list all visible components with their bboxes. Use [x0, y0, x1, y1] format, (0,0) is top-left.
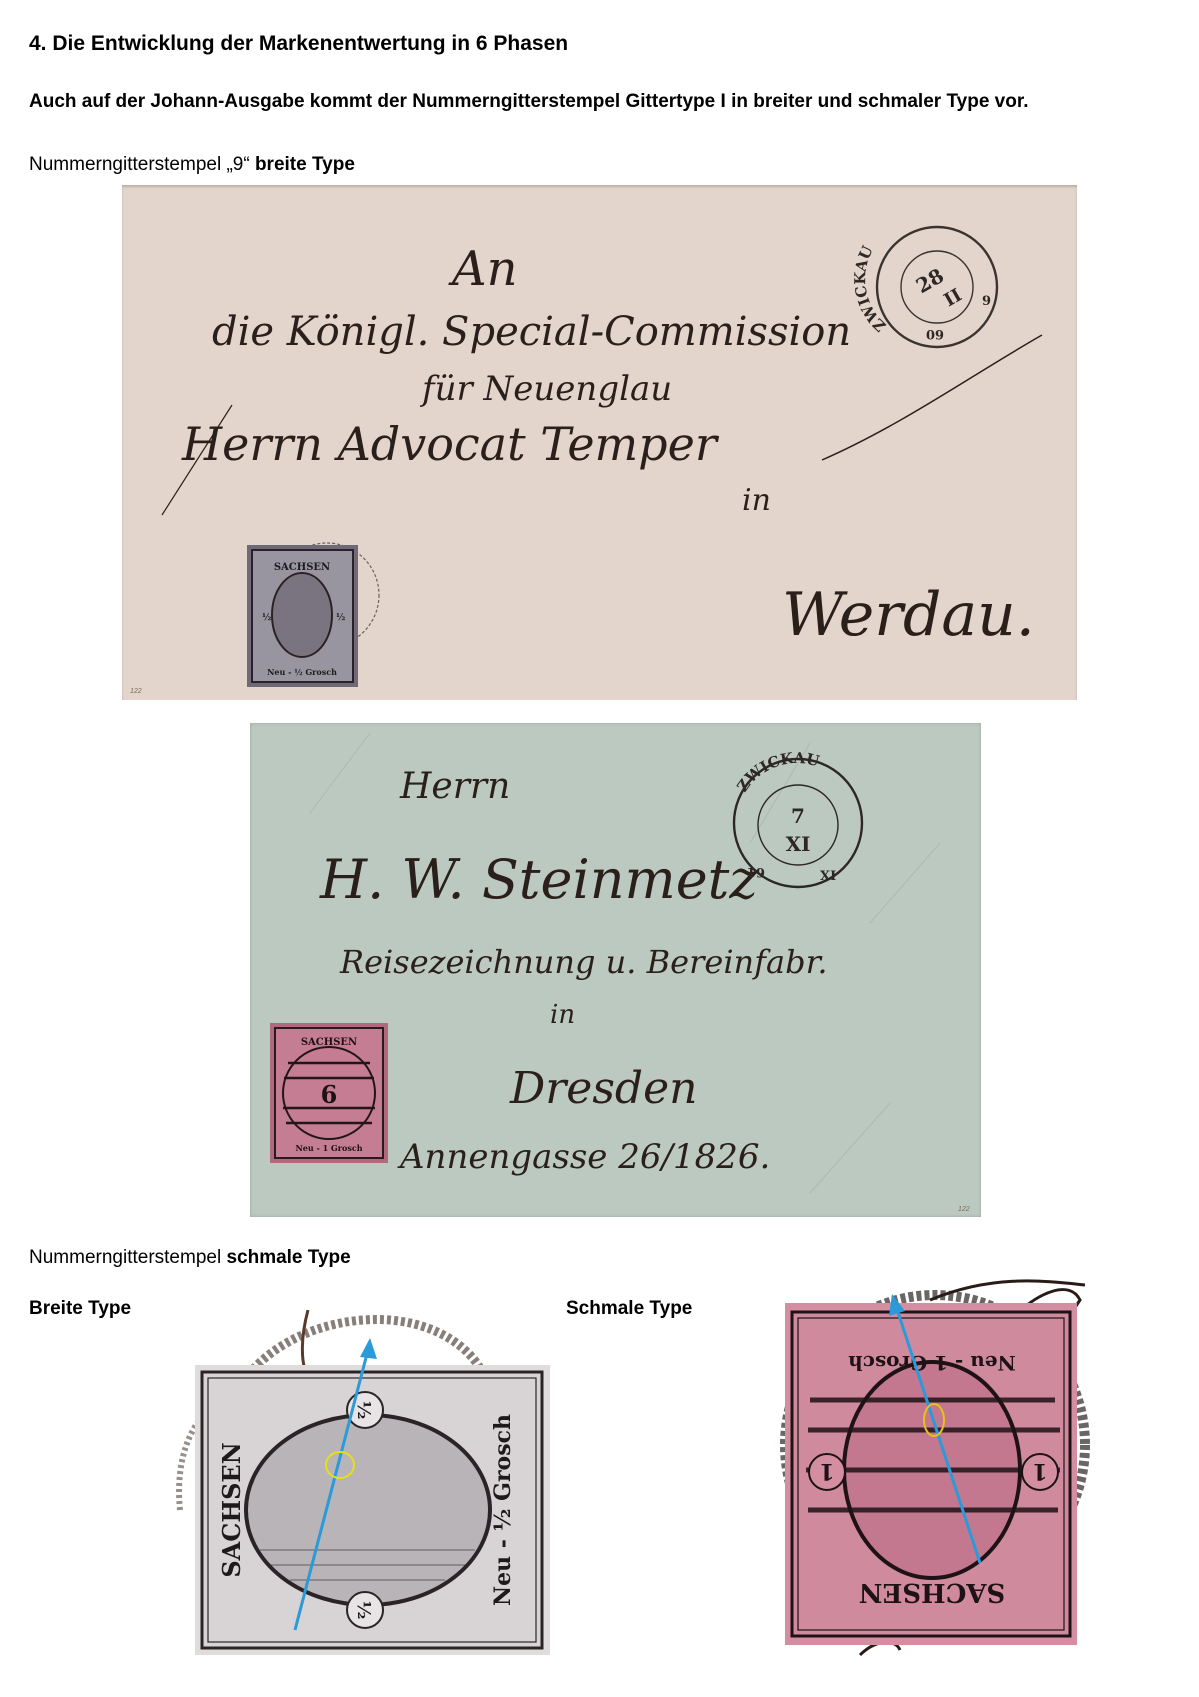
- postmark-zwickau-1: ZWICKAU 28 II 60 9: [851, 220, 997, 347]
- svg-text:ZWICKAU: ZWICKAU: [733, 749, 821, 795]
- svg-text:Neu - ½ Grosch: Neu - ½ Grosch: [490, 1414, 516, 1606]
- address-line: An: [448, 241, 518, 297]
- label-wide-type: Breite Type: [29, 1298, 131, 1320]
- address-line: Werdau.: [782, 580, 1035, 650]
- cover-1-image: An die Königl. Special-Commission für Ne…: [122, 185, 1077, 700]
- lead-paragraph: Auch auf der Johann-Ausgabe kommt der Nu…: [29, 90, 1179, 113]
- svg-text:II: II: [941, 285, 966, 312]
- svg-text:61: 61: [747, 864, 765, 879]
- caption-narrow-type: Nummerngitterstempel schmale Type: [29, 1247, 351, 1269]
- svg-text:1: 1: [1032, 1458, 1047, 1484]
- stamp-one-groschen: SACHSEN 6 Neu - 1 Grosch: [270, 1023, 388, 1163]
- svg-text:XI: XI: [820, 869, 836, 884]
- address-line: Reisezeichnung u. Bereinfabr.: [339, 943, 828, 981]
- svg-text:6: 6: [321, 1080, 338, 1109]
- page-title: 4. Die Entwicklung der Markenentwertung …: [29, 32, 568, 56]
- address-line: für Neuenglau: [419, 369, 672, 409]
- cover-2-image: Herrn H. W. Steinmetz Reisezeichnung u. …: [250, 723, 981, 1217]
- address-line: Annengasse 26/1826.: [397, 1137, 770, 1177]
- detail-wide-type-stamp: ½ ½ SACHSEN Neu - ½ Grosch: [150, 1310, 570, 1690]
- caption-wide-bold: breite Type: [255, 154, 355, 175]
- detail-narrow-type-stamp: 1 1 SACHSEN Neu - 1 Grosch: [760, 1270, 1199, 1697]
- svg-text:SACHSEN: SACHSEN: [274, 562, 330, 573]
- svg-text:SACHSEN: SACHSEN: [859, 1577, 1006, 1607]
- label-narrow-type: Schmale Type: [566, 1298, 692, 1320]
- address-line: in: [742, 483, 771, 518]
- svg-text:½: ½: [353, 1401, 374, 1420]
- address-line: die Königl. Special-Commission: [212, 309, 851, 355]
- address-line: in: [550, 1000, 575, 1030]
- svg-text:Neu - 1 Grosch: Neu - 1 Grosch: [848, 1351, 1016, 1375]
- svg-text:122: 122: [958, 1206, 970, 1213]
- svg-text:Neu - ½ Grosch: Neu - ½ Grosch: [267, 667, 337, 677]
- svg-text:½: ½: [336, 612, 345, 623]
- svg-text:½: ½: [262, 612, 271, 623]
- postmark-zwickau-2: ZWICKAU 7 XI 61 XI: [733, 749, 862, 887]
- caption-wide-type: Nummerngitterstempel „9“ breite Type: [29, 154, 355, 176]
- cover-2-drawing: Herrn H. W. Steinmetz Reisezeichnung u. …: [250, 723, 981, 1217]
- svg-text:9: 9: [982, 294, 991, 309]
- cover-1-drawing: An die Königl. Special-Commission für Ne…: [122, 185, 1077, 700]
- svg-text:7: 7: [791, 804, 805, 828]
- svg-text:Neu - 1 Grosch: Neu - 1 Grosch: [295, 1143, 362, 1153]
- svg-text:60: 60: [926, 326, 944, 341]
- svg-text:½: ½: [353, 1601, 374, 1620]
- stamp-half-groschen: SACHSEN Neu - ½ Grosch ½ ½: [247, 543, 379, 687]
- svg-text:XI: XI: [786, 832, 811, 856]
- address-line: H. W. Steinmetz: [319, 848, 758, 911]
- svg-text:122: 122: [130, 688, 142, 695]
- address-line: Herrn Advocat Temper: [181, 417, 720, 471]
- svg-text:1: 1: [819, 1458, 834, 1484]
- caption-wide-prefix: Nummerngitterstempel „9“: [29, 154, 255, 175]
- address-line: Dresden: [509, 1063, 697, 1114]
- svg-text:SACHSEN: SACHSEN: [217, 1442, 246, 1577]
- caption-narrow-prefix: Nummerngitterstempel: [29, 1247, 226, 1268]
- svg-text:SACHSEN: SACHSEN: [301, 1037, 357, 1048]
- caption-narrow-bold: schmale Type: [226, 1247, 350, 1268]
- address-line: Herrn: [399, 766, 510, 807]
